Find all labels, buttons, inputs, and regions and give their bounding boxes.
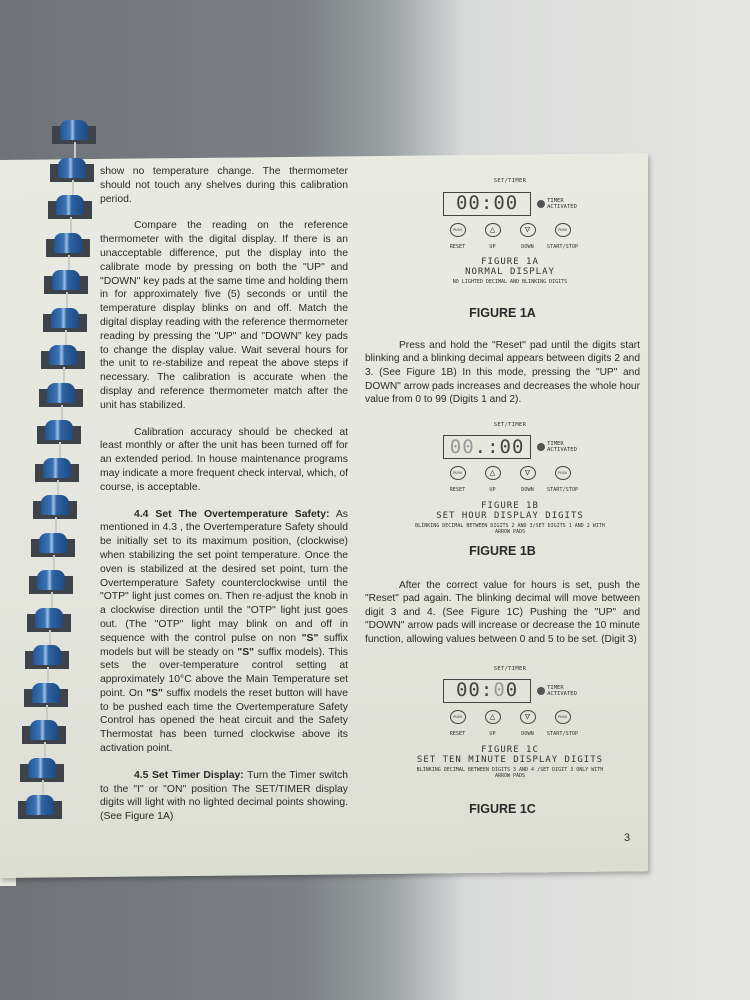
binding-coil [31, 645, 65, 667]
paragraph-calibration-period: show no temperature change. The thermome… [100, 165, 348, 206]
binding-coil [28, 720, 62, 742]
button-label: RESET [450, 484, 466, 498]
button-label: DOWN [521, 484, 534, 498]
binding-coil [54, 195, 88, 217]
timer-activated-indicator: TIMERACTIVATED [537, 441, 577, 453]
button-label: UP [489, 241, 495, 255]
up-button: △UP [475, 466, 510, 498]
up-button: △UP [475, 710, 510, 742]
display-hours: 00 [456, 684, 481, 698]
section-4-4-heading: 4.4 Set The Overtemperature Safety: [134, 509, 329, 520]
button-label: RESET [450, 241, 466, 255]
figure-1a-diagram: SET/TIMER 00:00 TIMERACTIVATED PUSHRESET… [410, 175, 610, 285]
binding-coil [47, 345, 81, 367]
figure-caption: FIGURE 1B [410, 501, 610, 511]
down-arrow-icon: ▽ [520, 710, 536, 724]
start-stop-button: PUSHSTART/STOP [545, 710, 580, 742]
figure-1c-diagram: SET/TIMER 00:00 TIMERACTIVATED PUSHRESET… [410, 663, 610, 779]
display-digit-4: 0 [506, 684, 518, 698]
set-timer-label: SET/TIMER [410, 419, 610, 433]
right-column: SET/TIMER 00:00 TIMERACTIVATED PUSHRESET… [365, 165, 640, 816]
push-icon: PUSH [450, 466, 466, 480]
binding-coil [39, 495, 73, 517]
timer-display: 00:00 [443, 679, 531, 703]
button-label: START/STOP [547, 484, 578, 498]
binding-coil [24, 795, 58, 817]
push-icon: PUSH [555, 710, 571, 724]
button-label: DOWN [521, 241, 534, 255]
binding-coil [37, 533, 71, 555]
start-stop-button: PUSHSTART/STOP [545, 466, 580, 498]
timer-activated-indicator: TIMERACTIVATED [537, 685, 577, 697]
indicator-label: ACTIVATED [547, 691, 577, 697]
binding-coil [52, 233, 86, 255]
display-separator: .: [475, 441, 500, 455]
s-suffix: "S" [237, 647, 254, 658]
button-label: START/STOP [547, 728, 578, 742]
section-4-5-heading: 4.5 Set Timer Display: [134, 770, 244, 781]
binding-coil [58, 120, 92, 142]
down-button: ▽DOWN [510, 466, 545, 498]
up-arrow-icon: △ [485, 710, 501, 724]
display-minutes: 00 [493, 197, 518, 211]
set-timer-label: SET/TIMER [410, 175, 610, 189]
binding-coil [43, 420, 77, 442]
display-minutes: 00 [500, 441, 525, 455]
down-arrow-icon: ▽ [520, 223, 536, 237]
binding-coil [26, 758, 60, 780]
display-digit-3-blinking: 0 [493, 684, 505, 698]
led-icon [537, 443, 545, 451]
down-arrow-icon: ▽ [520, 466, 536, 480]
page-number: 3 [624, 832, 630, 844]
push-icon: PUSH [555, 466, 571, 480]
push-icon: PUSH [450, 223, 466, 237]
led-icon [537, 200, 545, 208]
indicator-label: ACTIVATED [547, 447, 577, 453]
binding-coil [49, 308, 83, 330]
display-separator: : [481, 684, 493, 698]
up-arrow-icon: △ [485, 466, 501, 480]
spiral-binding [0, 170, 80, 880]
reset-button: PUSHRESET [440, 466, 475, 498]
figure-1b-title: FIGURE 1B [365, 545, 640, 559]
binding-coil [33, 608, 67, 630]
timer-activated-indicator: TIMERACTIVATED [537, 198, 577, 210]
section-4-4-text: As mentioned in 4.3 , the Overtemperatur… [100, 509, 348, 644]
figure-1a-title: FIGURE 1A [365, 307, 640, 321]
down-button: ▽DOWN [510, 223, 545, 255]
left-column: show no temperature change. The thermome… [100, 165, 348, 837]
section-4-5: 4.5 Set Timer Display: Turn the Timer sw… [100, 769, 348, 824]
binding-coil [41, 458, 75, 480]
button-label: UP [489, 484, 495, 498]
paragraph-reset-hours: Press and hold the "Reset" pad until the… [365, 339, 640, 407]
binding-coil [30, 683, 64, 705]
figure-caption: SET TEN MINUTE DISPLAY DIGITS [410, 755, 610, 765]
paragraph-compare-reading: Compare the reading on the reference the… [100, 219, 348, 412]
binding-coil [35, 570, 69, 592]
button-label: DOWN [521, 728, 534, 742]
binding-coil [50, 270, 84, 292]
start-stop-button: PUSHSTART/STOP [545, 223, 580, 255]
led-icon [537, 687, 545, 695]
timer-display: 00.:00 [443, 435, 531, 459]
display-hours: 00 [456, 197, 481, 211]
figure-caption: FIGURE 1C [410, 745, 610, 755]
figure-note: BLINKING DECIMAL BETWEEN DIGITS 2 AND 3/… [410, 523, 610, 535]
display-separator: : [481, 197, 493, 211]
button-label: RESET [450, 728, 466, 742]
figure-1b-diagram: SET/TIMER 00.:00 TIMERACTIVATED PUSHRESE… [410, 419, 610, 535]
binding-coil [45, 383, 79, 405]
timer-display: 00:00 [443, 192, 531, 216]
button-label: START/STOP [547, 241, 578, 255]
figure-caption: NORMAL DISPLAY [410, 267, 610, 277]
s-suffix: "S" [302, 633, 319, 644]
push-icon: PUSH [555, 223, 571, 237]
down-button: ▽DOWN [510, 710, 545, 742]
reset-button: PUSHRESET [440, 223, 475, 255]
figure-1c-title: FIGURE 1C [365, 803, 640, 817]
binding-coil [56, 158, 90, 180]
section-4-4: 4.4 Set The Overtemperature Safety: As m… [100, 508, 348, 756]
figure-caption: SET HOUR DISPLAY DIGITS [410, 511, 610, 521]
paragraph-reset-minutes: After the correct value for hours is set… [365, 579, 640, 647]
push-icon: PUSH [450, 710, 466, 724]
button-label: UP [489, 728, 495, 742]
display-hours-blinking: 00 [450, 441, 475, 455]
figure-note: BLINKING DECIMAL BETWEEN DIGITS 3 AND 4 … [410, 767, 610, 779]
up-button: △UP [475, 223, 510, 255]
figure-caption: FIGURE 1A [410, 257, 610, 267]
indicator-label: ACTIVATED [547, 204, 577, 210]
reset-button: PUSHRESET [440, 710, 475, 742]
set-timer-label: SET/TIMER [410, 663, 610, 677]
up-arrow-icon: △ [485, 223, 501, 237]
paragraph-calibration-accuracy: Calibration accuracy should be checked a… [100, 426, 348, 495]
s-suffix: "S" [146, 688, 163, 699]
figure-note: NO LIGHTED DECIMAL AND BLINKING DIGITS [410, 279, 610, 285]
